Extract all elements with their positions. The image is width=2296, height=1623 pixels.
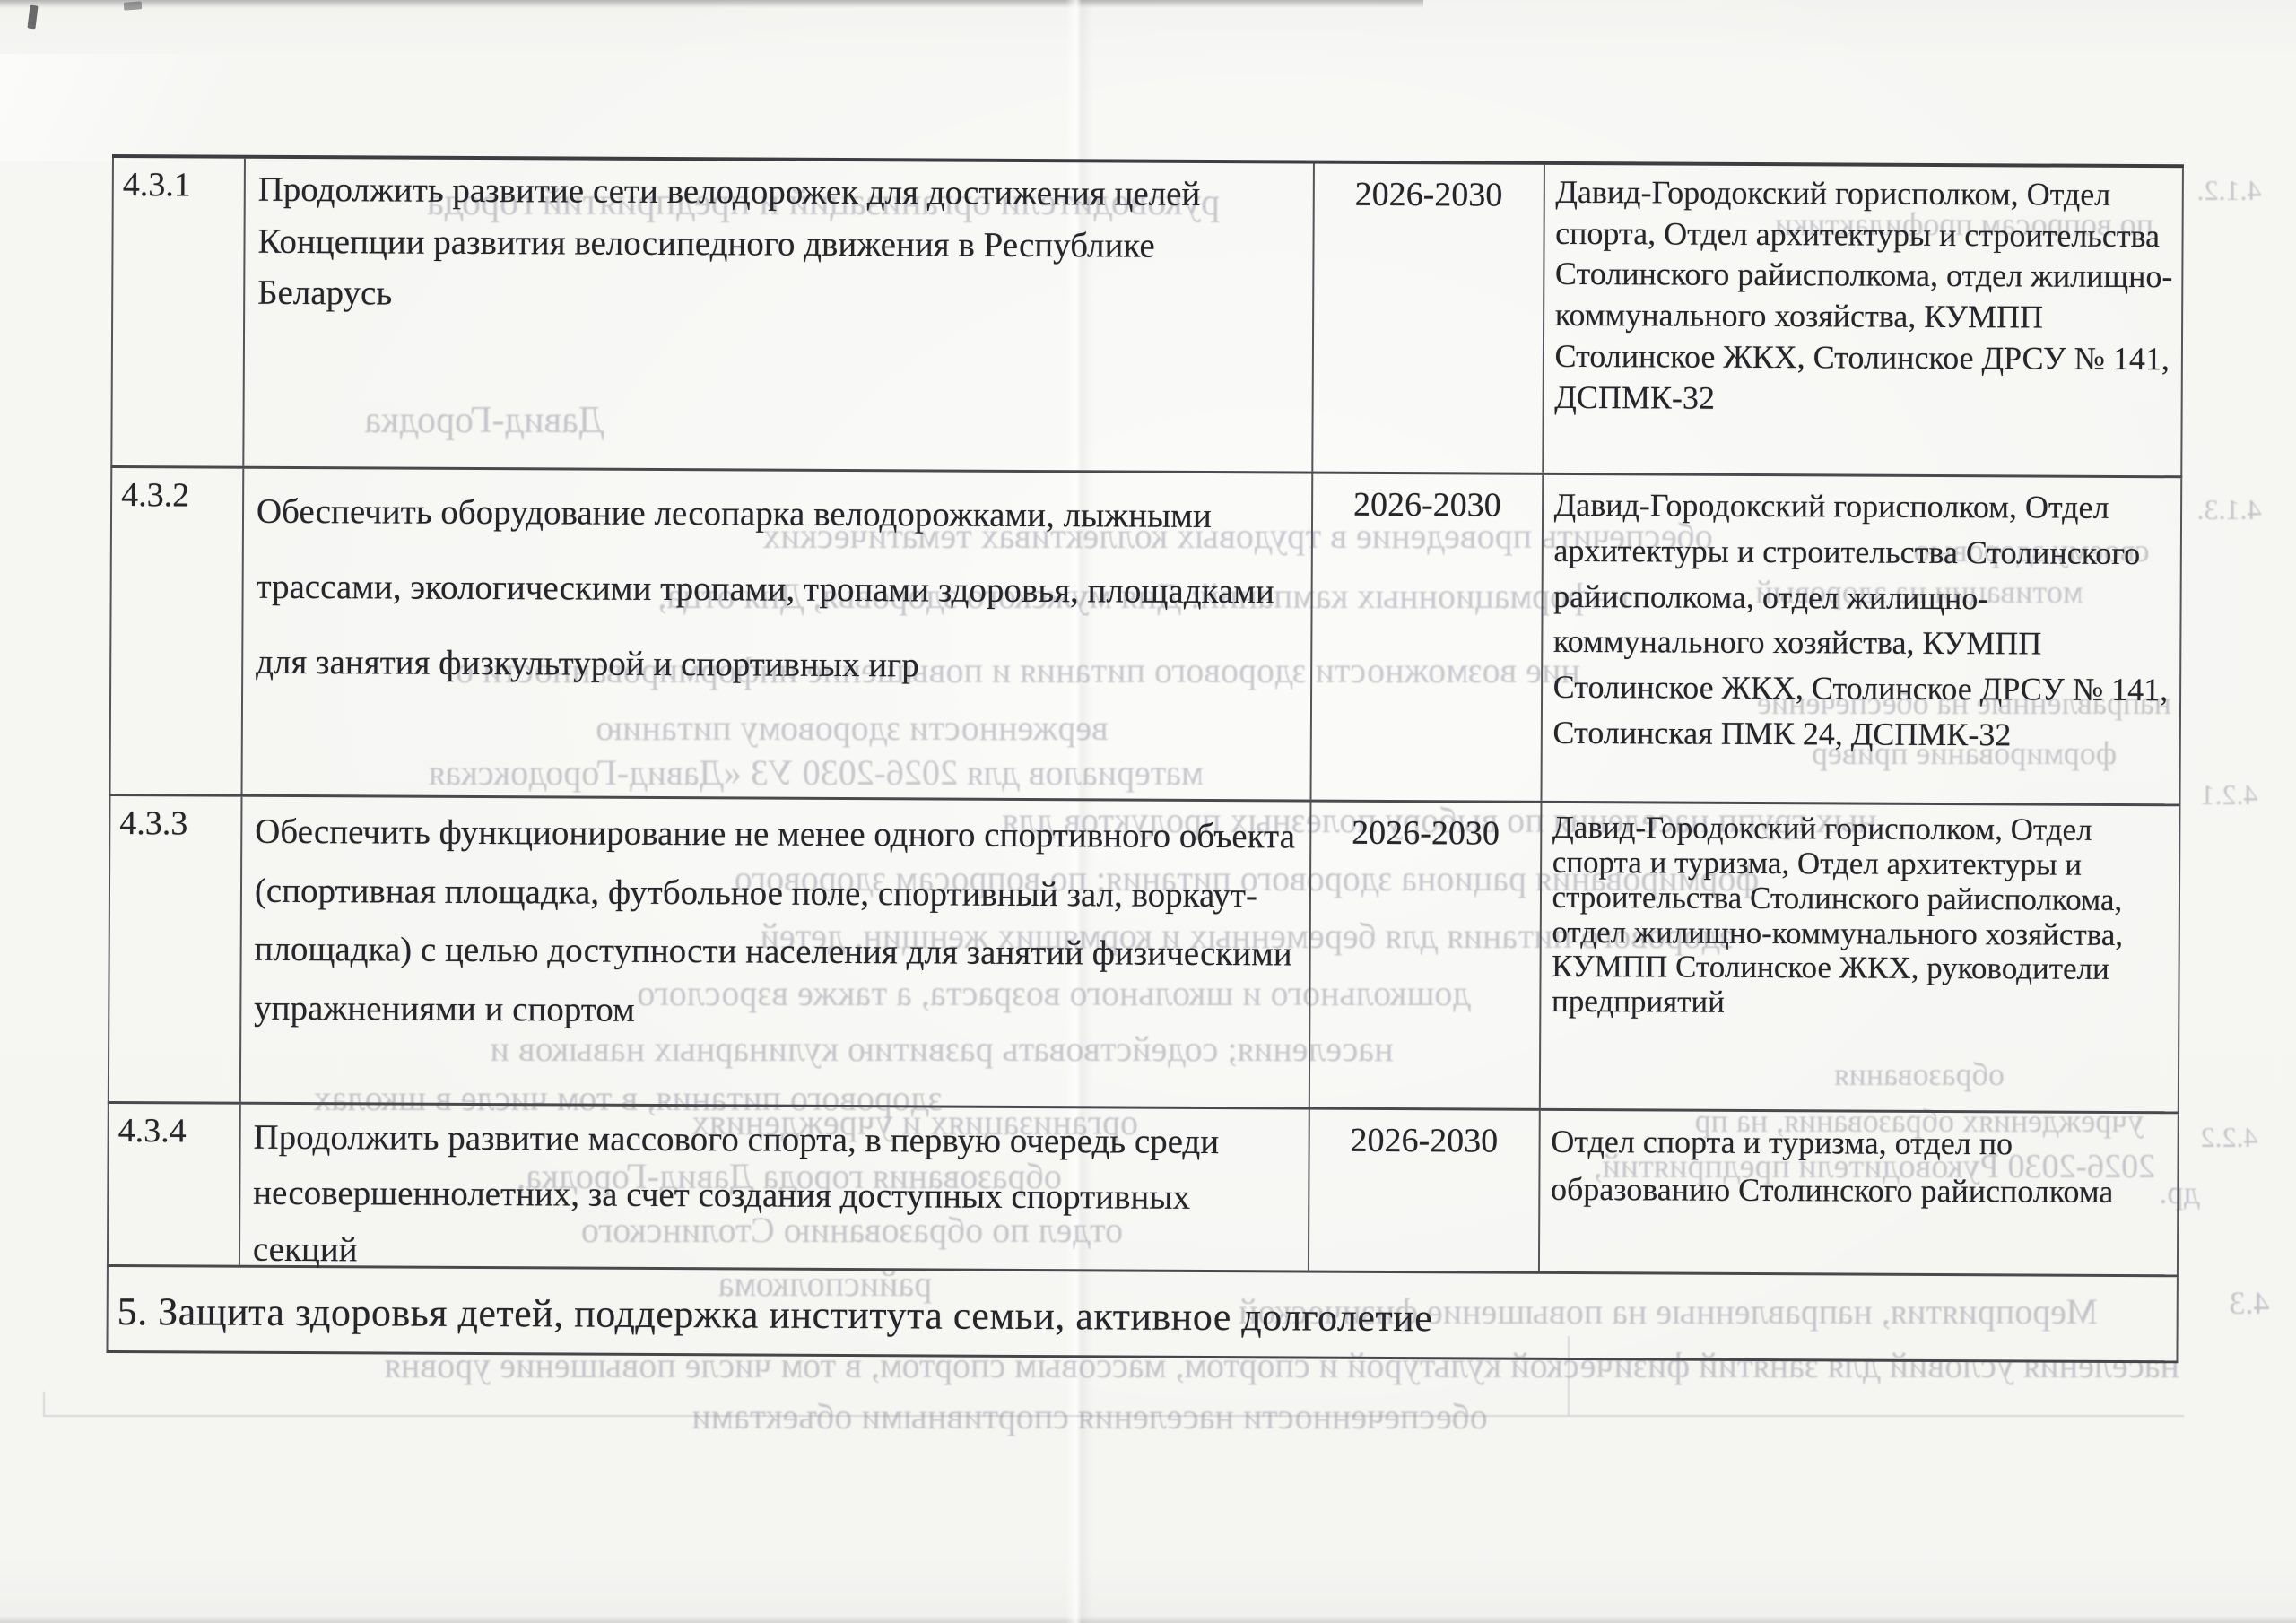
bleedthrough-text: 4.2.2 [2187, 1123, 2272, 1151]
period-cell: 2026-2030 [1309, 1110, 1541, 1271]
bleedthrough-text: 4.3 [2213, 1287, 2285, 1319]
row-number-cell: 4.3.1 [112, 158, 246, 466]
section-title: 5. Защита здоровья детей, поддержка инст… [109, 1267, 1433, 1341]
bleedthrough-text: 4.1.2. [2187, 176, 2272, 204]
responsible-cell: Давид-Городокский горисполком, Отдел арх… [1542, 475, 2180, 803]
row-number-cell: 4.3.4 [109, 1104, 241, 1265]
responsible-cell: Отдел спорта и туризма, отдел по образов… [1540, 1111, 2178, 1274]
bleedthrough-text: 4.2.1 [2187, 780, 2272, 809]
responsible-cell: Давид-Городокский горисполком, Отдел спо… [1540, 803, 2179, 1111]
row-number-cell: 4.3.3 [109, 796, 243, 1102]
period-cell: 2026-2030 [1313, 164, 1544, 473]
period-cell: 2026-2030 [1310, 803, 1542, 1108]
responsible-cell: Давид-Городокский горисполком, Отдел спо… [1544, 165, 2182, 475]
table-row: 4.3.1 Продолжить развитие сети велодорож… [110, 158, 2184, 478]
bleedthrough-text: 4.1.3. [2187, 495, 2272, 524]
row-number-cell: 4.3.2 [111, 468, 245, 794]
task-cell: Обеспечить оборудование лесопарка велодо… [242, 469, 1313, 800]
measures-table: 4.3.1 Продолжить развитие сети велодорож… [106, 154, 2184, 1363]
table-row: 4.3.3 Обеспечить функционирование не мен… [108, 796, 2181, 1114]
period-cell: 2026-2030 [1311, 474, 1544, 801]
task-cell: Продолжить развитие сети велодорожек для… [244, 159, 1315, 472]
task-cell: Продолжить развитие массового спорта, в … [240, 1105, 1310, 1271]
task-cell: Обеспечить функционирование не менее одн… [241, 797, 1312, 1107]
table-row: 4.3.2 Обеспечить оборудование лесопарка … [109, 468, 2183, 806]
scanned-document-page: руководители организаций и предприятий г… [0, 0, 2296, 1623]
table-row: 4.3.4 Продолжить развитие массового спор… [107, 1104, 2179, 1277]
section-header-row: 5. Защита здоровья детей, поддержка инст… [106, 1267, 2178, 1363]
bleedthrough-text: обеспеченности населения спортивными объ… [574, 1399, 1605, 1435]
